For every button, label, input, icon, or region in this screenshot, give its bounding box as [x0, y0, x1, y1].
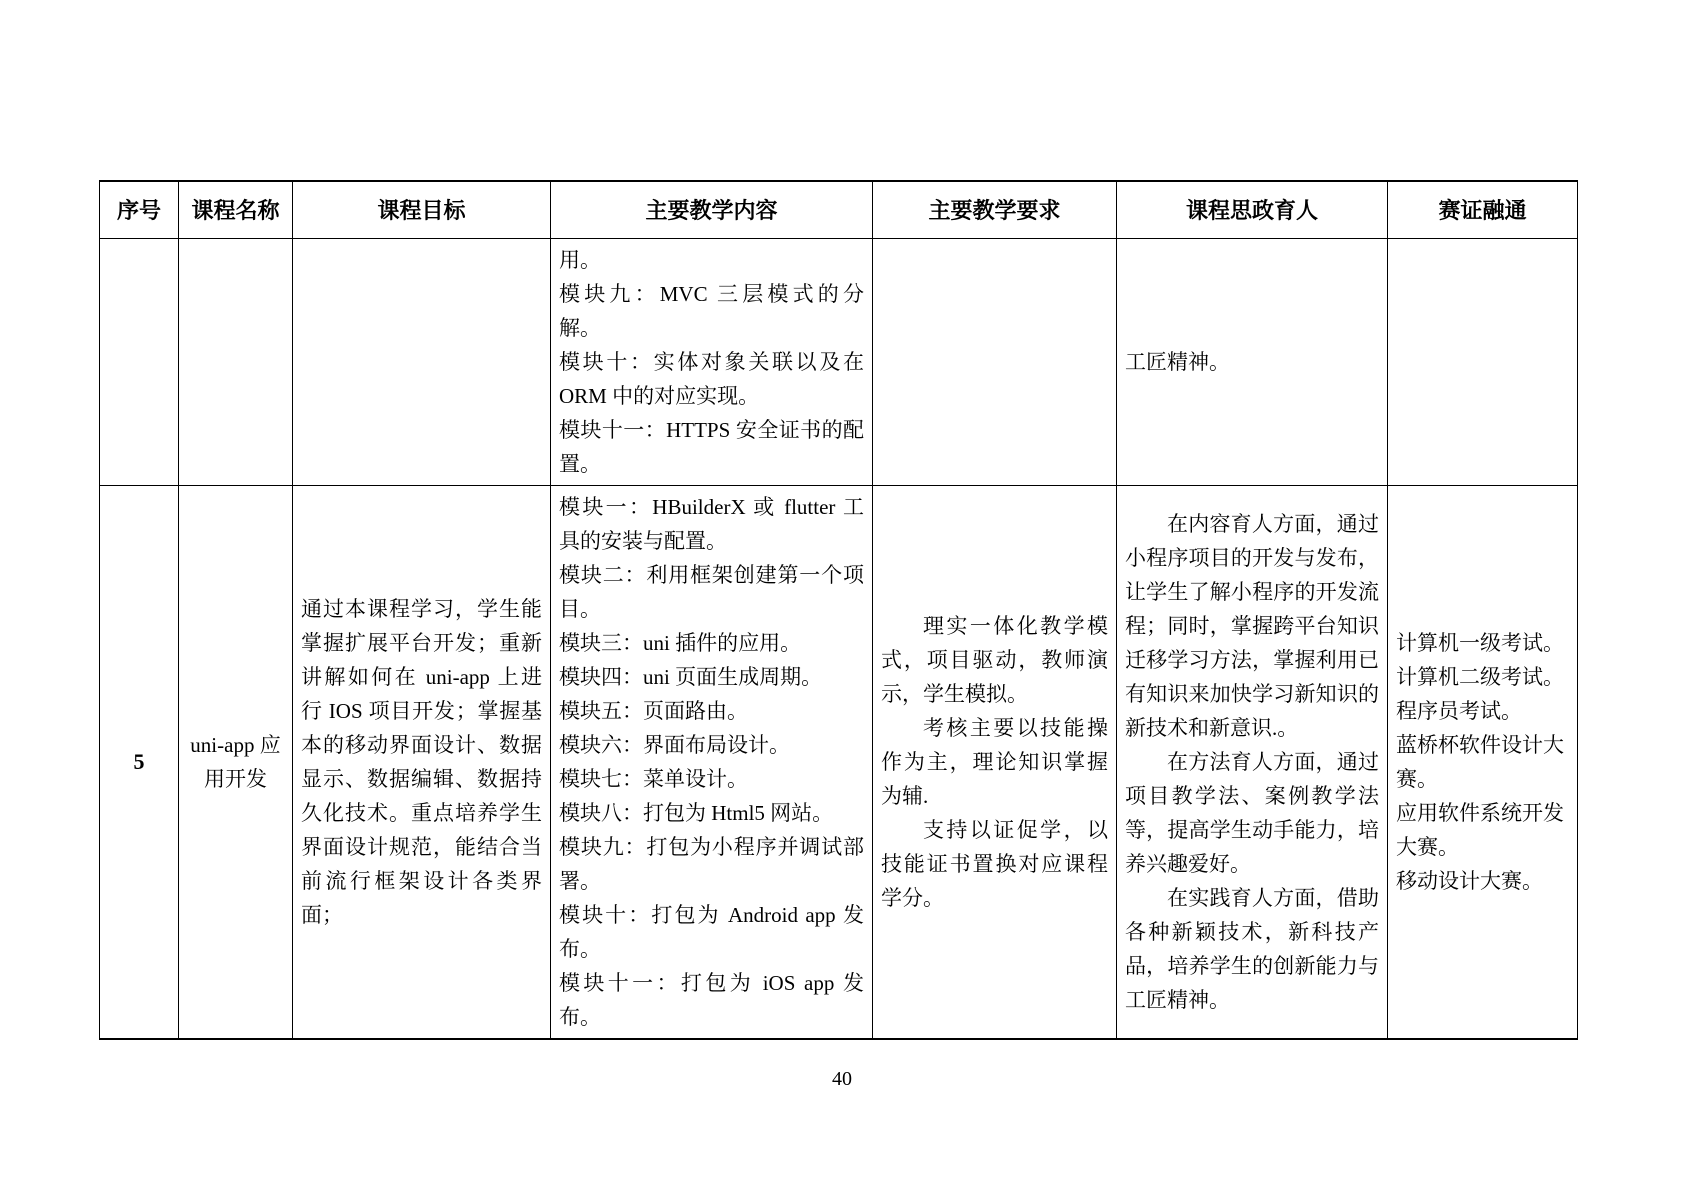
paragraph: 用。 [559, 243, 864, 277]
paragraph: 模块三：uni 插件的应用。 [559, 626, 864, 660]
header-requirements: 主要教学要求 [873, 181, 1117, 238]
cell-course-name [179, 238, 293, 485]
paragraph: 模块十：打包为 Android app 发布。 [559, 898, 864, 966]
paragraph: 工匠精神。 [1125, 345, 1379, 379]
cell-certificates: 计算机一级考试。计算机二级考试。程序员考试。蓝桥杯软件设计大赛。应用软件系统开发… [1388, 485, 1578, 1039]
cell-objectives [293, 238, 551, 485]
paragraph: 模块十：实体对象关联以及在 ORM 中的对应实现。 [559, 345, 864, 413]
paragraph: 模块一：HBuilderX 或 flutter 工具的安装与配置。 [559, 490, 864, 558]
paragraph: 通过本课程学习，学生能掌握扩展平台开发；重新讲解如何在 uni-app 上进行 … [301, 592, 542, 932]
cell-objectives: 通过本课程学习，学生能掌握扩展平台开发；重新讲解如何在 uni-app 上进行 … [293, 485, 551, 1039]
paragraph: 模块七：菜单设计。 [559, 762, 864, 796]
paragraph: 在内容育人方面，通过小程序项目的开发与发布，让学生了解小程序的开发流程；同时，掌… [1125, 507, 1379, 745]
paragraph: 蓝桥杯软件设计大赛。 [1396, 728, 1569, 796]
page-number: 40 [0, 1068, 1684, 1091]
course-table: 序号 课程名称 课程目标 主要教学内容 主要教学要求 课程思政育人 赛证融通 用… [99, 180, 1578, 1040]
paragraph: 模块十一：打包为 iOS app 发布。 [559, 966, 864, 1034]
cell-content: 用。模块九：MVC 三层模式的分解。模块十：实体对象关联以及在 ORM 中的对应… [551, 238, 873, 485]
paragraph: 计算机二级考试。 [1396, 660, 1569, 694]
cell-ideology: 工匠精神。 [1117, 238, 1388, 485]
header-certificates: 赛证融通 [1388, 181, 1578, 238]
header-content: 主要教学内容 [551, 181, 873, 238]
header-seq: 序号 [100, 181, 179, 238]
cell-course-name: uni-app 应用开发 [179, 485, 293, 1039]
header-objectives: 课程目标 [293, 181, 551, 238]
paragraph: 模块二：利用框架创建第一个项目。 [559, 558, 864, 626]
paragraph: 在方法育人方面，通过项目教学法、案例教学法等，提高学生动手能力，培养兴趣爱好。 [1125, 745, 1379, 881]
paragraph: 理实一体化教学模式，项目驱动，教师演示，学生模拟。 [881, 609, 1108, 711]
cell-requirements [873, 238, 1117, 485]
table-row-course-5: 5 uni-app 应用开发 通过本课程学习，学生能掌握扩展平台开发；重新讲解如… [100, 485, 1578, 1039]
course-table-container: 序号 课程名称 课程目标 主要教学内容 主要教学要求 课程思政育人 赛证融通 用… [99, 180, 1578, 1040]
header-ideology: 课程思政育人 [1117, 181, 1388, 238]
paragraph: 程序员考试。 [1396, 694, 1569, 728]
paragraph: 模块十一：HTTPS 安全证书的配置。 [559, 413, 864, 481]
cell-certificates [1388, 238, 1578, 485]
paragraph: 考核主要以技能操作为主，理论知识掌握为辅. [881, 711, 1108, 813]
paragraph: 模块八：打包为 Html5 网站。 [559, 796, 864, 830]
cell-content: 模块一：HBuilderX 或 flutter 工具的安装与配置。模块二：利用框… [551, 485, 873, 1039]
header-course-name: 课程名称 [179, 181, 293, 238]
paragraph: 支持以证促学，以技能证书置换对应课程学分。 [881, 813, 1108, 915]
paragraph: 移动设计大赛。 [1396, 864, 1569, 898]
table-header-row: 序号 课程名称 课程目标 主要教学内容 主要教学要求 课程思政育人 赛证融通 [100, 181, 1578, 238]
paragraph: 模块六：界面布局设计。 [559, 728, 864, 762]
table-row-continuation: 用。模块九：MVC 三层模式的分解。模块十：实体对象关联以及在 ORM 中的对应… [100, 238, 1578, 485]
paragraph: 模块九：MVC 三层模式的分解。 [559, 277, 864, 345]
cell-ideology: 在内容育人方面，通过小程序项目的开发与发布，让学生了解小程序的开发流程；同时，掌… [1117, 485, 1388, 1039]
paragraph: 在实践育人方面，借助各种新颖技术，新科技产品，培养学生的创新能力与工匠精神。 [1125, 881, 1379, 1017]
paragraph: 模块四：uni 页面生成周期。 [559, 660, 864, 694]
cell-seq: 5 [100, 485, 179, 1039]
paragraph: 模块五：页面路由。 [559, 694, 864, 728]
cell-seq [100, 238, 179, 485]
paragraph: 计算机一级考试。 [1396, 626, 1569, 660]
cell-requirements: 理实一体化教学模式，项目驱动，教师演示，学生模拟。考核主要以技能操作为主，理论知… [873, 485, 1117, 1039]
paragraph: 模块九：打包为小程序并调试部署。 [559, 830, 864, 898]
paragraph: 应用软件系统开发大赛。 [1396, 796, 1569, 864]
